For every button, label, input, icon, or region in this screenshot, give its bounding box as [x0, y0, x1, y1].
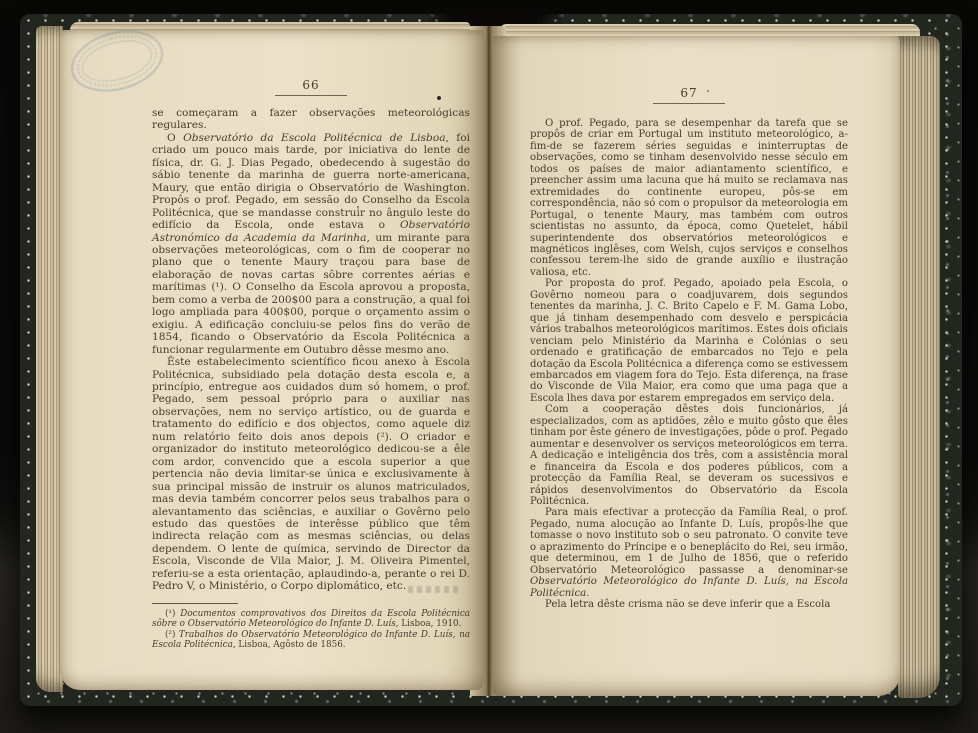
paragraph: O Observatório da Escola Politécnica de …: [152, 132, 470, 356]
paragraph: Para mais efectivar a protecção da Famíl…: [530, 507, 848, 599]
page-number: 67: [530, 86, 848, 100]
footnote-rule: [152, 603, 238, 604]
right-page-body: O prof. Pegado, para se desempenhar da t…: [530, 118, 848, 610]
page-number-rule: [275, 95, 347, 96]
page-number-rule: [653, 103, 725, 104]
paragraph: se começaram a fazer observações meteoro…: [152, 107, 470, 132]
paragraph: (¹) Documentos comprovativos dos Direito…: [152, 609, 470, 630]
left-page-footnotes: (¹) Documentos comprovativos dos Direito…: [152, 609, 470, 651]
right-page: 67 O prof. Pegado, para se desempenhar d…: [493, 36, 900, 696]
left-page-text-column: 66 se começaram a fazer observações mete…: [152, 78, 470, 651]
paragraph: (²) Trabalhos do Observatório Meteorológ…: [152, 630, 470, 651]
paragraph: Êste estabelecimento scientífico ficou a…: [152, 356, 470, 593]
page-stack-left-edge: [36, 26, 63, 692]
right-page-text-column: 67 O prof. Pegado, para se desempenhar d…: [530, 86, 848, 610]
page-number: 66: [152, 78, 470, 92]
book-scan: { "colors": { "paper": "#e9dec4", "ink":…: [0, 0, 978, 733]
paragraph: O prof. Pegado, para se desempenhar da t…: [530, 118, 848, 278]
paragraph: Com a cooperação dêstes dois funcionário…: [530, 404, 848, 507]
paragraph: Por proposta do prof. Pegado, apoiado pe…: [530, 278, 848, 404]
paragraph: Pela letra dêste crisma não se deve infe…: [530, 599, 848, 610]
page-stack-right-edge: [898, 36, 940, 698]
left-page: 66 se começaram a fazer observações mete…: [60, 30, 483, 690]
left-page-body: se começaram a fazer observações meteoro…: [152, 107, 470, 593]
